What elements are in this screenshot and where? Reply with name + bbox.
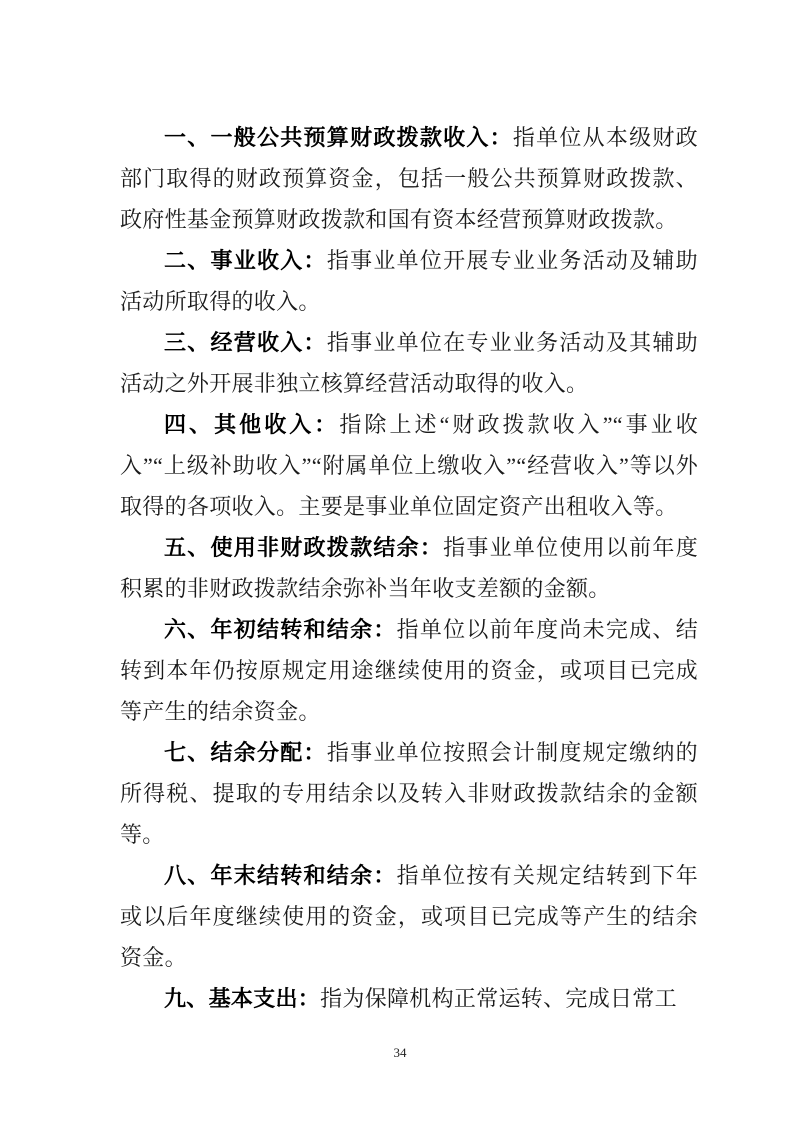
definition-text: 指为保障机构正常运转、完成日常工 bbox=[320, 986, 677, 1011]
term-label: 八、年末结转和结余： bbox=[164, 863, 397, 888]
term-label: 四、其他收入： bbox=[164, 412, 339, 437]
term-label: 九、基本支出： bbox=[164, 986, 320, 1011]
definition-paragraph: 五、使用非财政拨款结余：指事业单位使用以前年度积累的非财政拨款结余弥补当年收支差… bbox=[120, 527, 698, 609]
definition-paragraph: 八、年末结转和结余：指单位按有关规定结转到下年或以后年度继续使用的资金，或项目已… bbox=[120, 855, 698, 978]
page-number: 34 bbox=[0, 1045, 800, 1061]
term-label: 七、结余分配： bbox=[164, 740, 327, 765]
definition-paragraph: 六、年初结转和结余：指单位以前年度尚未完成、结转到本年仍按原规定用途继续使用的资… bbox=[120, 609, 698, 732]
definition-paragraph: 七、结余分配：指事业单位按照会计制度规定缴纳的所得税、提取的专用结余以及转入非财… bbox=[120, 732, 698, 855]
term-label: 五、使用非财政拨款结余： bbox=[164, 535, 443, 560]
document-body: 一、一般公共预算财政拨款收入：指单位从本级财政部门取得的财政预算资金，包括一般公… bbox=[120, 117, 698, 1019]
term-label: 二、事业收入： bbox=[164, 248, 327, 273]
term-label: 一、一般公共预算财政拨款收入： bbox=[164, 125, 513, 150]
definition-paragraph: 一、一般公共预算财政拨款收入：指单位从本级财政部门取得的财政预算资金，包括一般公… bbox=[120, 117, 698, 240]
definition-paragraph: 九、基本支出：指为保障机构正常运转、完成日常工 bbox=[120, 978, 698, 1019]
document-page: 一、一般公共预算财政拨款收入：指单位从本级财政部门取得的财政预算资金，包括一般公… bbox=[0, 0, 800, 1131]
definition-paragraph: 四、其他收入：指除上述“财政拨款收入”“事业收入”“上级补助收入”“附属单位上缴… bbox=[120, 404, 698, 527]
definition-paragraph: 三、经营收入：指事业单位在专业业务活动及其辅助活动之外开展非独立核算经营活动取得… bbox=[120, 322, 698, 404]
term-label: 六、年初结转和结余： bbox=[164, 617, 397, 642]
definition-paragraph: 二、事业收入：指事业单位开展专业业务活动及辅助活动所取得的收入。 bbox=[120, 240, 698, 322]
term-label: 三、经营收入： bbox=[164, 330, 327, 355]
